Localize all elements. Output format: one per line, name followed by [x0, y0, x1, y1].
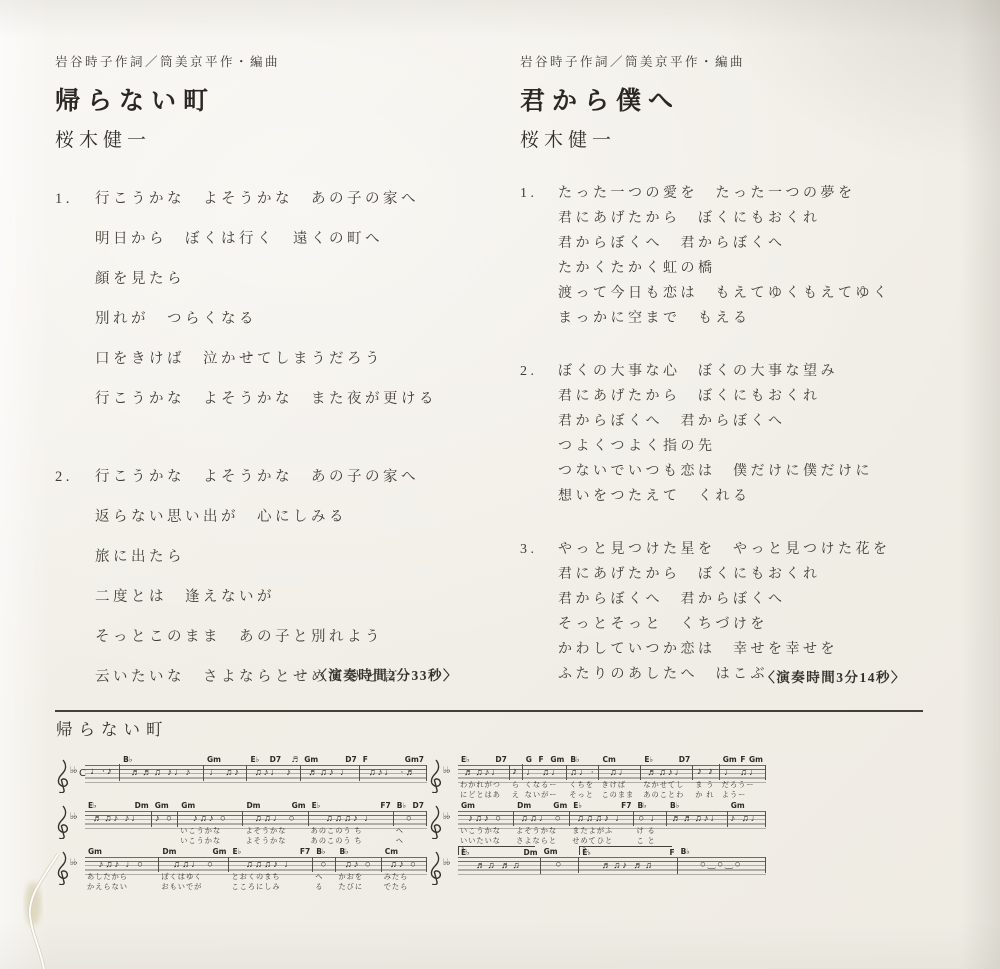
- chord-label: Gm7: [405, 754, 424, 765]
- chord-label: Gm: [292, 800, 306, 811]
- chord-label: Dm: [135, 800, 149, 811]
- verse-number: [55, 299, 95, 339]
- chord-label: B♭: [570, 754, 579, 765]
- measure: B♭♬♬♫ ♪♩♪: [120, 754, 204, 800]
- verse-text: 君からぼくへ 君からぼくへ: [558, 409, 786, 434]
- chord-row: B♭: [336, 846, 381, 857]
- measure: B♭○へる: [313, 846, 336, 892]
- treble-clef-icon: [55, 805, 71, 839]
- verse-text: たかくたかく虹の橋: [558, 256, 716, 281]
- volta-bracket: 1.: [458, 846, 535, 855]
- chord-label: Gm: [207, 754, 221, 765]
- lyrics-row-1: [301, 782, 360, 790]
- notes-row: ♫♫♩ ○: [243, 811, 308, 826]
- verse-text: 二度とは 逢えないが: [95, 577, 275, 617]
- notes-row: ♪ ♫♩: [728, 811, 766, 827]
- treble-clef-icon: [55, 759, 71, 793]
- notes-row: ♫♫♩ ○: [159, 857, 229, 872]
- verse-number: [55, 219, 95, 259]
- notes-row: ○: [394, 811, 427, 826]
- chord-row: B♭: [634, 800, 667, 811]
- verse-text: 返らない思い出が 心にしみる: [95, 497, 347, 537]
- verse-number: [520, 637, 558, 662]
- lyrics-row-2: [579, 884, 677, 892]
- verse-line: つよくつよく指の先: [520, 434, 920, 459]
- chord-label: Gm: [731, 800, 745, 811]
- staff-line: ♭♭C♩·♪B♭♬♬♫ ♪♩♪Gm♩ ♫♪E♭D7♬♫♪♩ ♪GmD7♬♫♪ ♩…: [55, 754, 427, 800]
- notes-row: ♫♪♩ ·♬: [360, 765, 427, 781]
- measure: DmGm♫♫♩ ○よそうかなさよならと: [514, 800, 570, 846]
- chord-row: GFGm: [523, 754, 568, 765]
- lyrics-row-1: あのこのう ち: [309, 827, 394, 836]
- verse-text: つよくつよく指の先: [558, 434, 716, 459]
- verse-number: [55, 577, 95, 617]
- lyrics-row-1: ら: [510, 781, 523, 790]
- lyrics-row-1: [667, 828, 728, 836]
- lyrics-row-1: いこうかな: [458, 827, 514, 836]
- staff-head: ♭♭: [428, 846, 458, 892]
- chord-label: Gm: [461, 800, 475, 811]
- notes-row: ♪ ♪: [693, 764, 720, 780]
- notes-row: ○ ♩: [634, 811, 667, 826]
- notes-row: ♫♩·: [567, 765, 599, 780]
- notes-row: ♫♪ ○: [382, 857, 427, 872]
- lyrics-row-2: ようー: [720, 791, 766, 800]
- measure: B♭D7○へへ: [394, 800, 427, 846]
- lyrics-row-2: こころにしみ: [229, 883, 313, 892]
- lyrics-row-2: こ と: [634, 837, 667, 846]
- lyrics-row-2: [458, 884, 541, 892]
- measure: FGm7♫♪♩ ·♬: [360, 754, 427, 800]
- verse-number: [520, 409, 558, 434]
- lyrics-row-1: [120, 782, 204, 790]
- chord-label: G: [526, 754, 532, 765]
- lyrics-row-1: よそうかな: [514, 827, 570, 836]
- lyrics-row-2: いいたいな: [458, 837, 514, 846]
- notes-row: ♬♫♪♩: [641, 765, 693, 780]
- verse-line: そっとそっと くちづけを: [520, 612, 920, 637]
- verse-line: 君からぼくへ 君からぼくへ: [520, 409, 920, 434]
- lyrics-row-1: [678, 874, 766, 882]
- lyrics-row-2: そっと: [567, 791, 599, 800]
- volta-bracket: 2.: [579, 846, 671, 855]
- chord-label: F7: [380, 800, 390, 811]
- chord-row: FGm7: [360, 754, 427, 765]
- staff-head: ♭♭: [55, 846, 85, 892]
- chord-label: Gm: [544, 846, 558, 857]
- verse-number: [520, 587, 558, 612]
- verse: 2.ぼくの大事な心 ぼくの大事な望み君にあげたから ぼくにもおくれ君からぼくへ …: [520, 359, 920, 509]
- lyrics-row-2: さよならと: [514, 837, 570, 846]
- notes-row: ♪♫♪ ○: [458, 811, 514, 826]
- notes-row: ○‿○‿○: [678, 857, 766, 873]
- chord-row: B♭D7: [394, 800, 427, 811]
- verse-number: [520, 231, 558, 256]
- verse-line: 渡って今日も恋は もえてゆくもえてゆく: [520, 281, 920, 306]
- measure: GFGm♩ ♫♩くなるーないがー: [523, 754, 568, 800]
- chord-label: B♭: [670, 800, 679, 811]
- measure: Gm♪♫♪ ○いこうかないこうかな: [178, 800, 243, 846]
- verse-number: 1.: [55, 179, 95, 219]
- notes-row: ♪♫♪ ○: [178, 811, 243, 826]
- verse-text: 明日から ぼくは行く 遠くの町へ: [95, 219, 383, 259]
- chord-row: Gm: [85, 846, 159, 857]
- chord-label: Gm: [155, 800, 169, 811]
- chord-row: E♭D7♬: [247, 754, 301, 765]
- notes-row: ♫♫♫♪ ♩: [229, 857, 313, 872]
- lyrics-row-2: [678, 884, 766, 892]
- lyrics-row-1: とおくのまち: [229, 873, 313, 882]
- notes-row: ♬♬♫ ♪♩♪: [120, 765, 204, 781]
- staff-body: Gm♪♫♪ ♩○あしたからかえらないDmGm♫♫♩ ○ぼくはゆくおもいでがE♭F…: [85, 846, 427, 892]
- lyrics-row-2: [85, 838, 152, 846]
- verse: 2.行こうかな よそうかな あの子の家へ返らない思い出が 心にしみる旅に出たら二…: [55, 457, 467, 697]
- notes-row: ♫♪♩ ♪: [247, 765, 301, 781]
- staff-body: E♭Dm♬♫♪ ♪♩Gm♪ ○Gm♪♫♪ ○いこうかないこうかなDmGm♫♫♩ …: [85, 800, 427, 846]
- chord-label: B♭: [397, 800, 406, 811]
- chord-label: Cm: [385, 846, 398, 857]
- verse-text: 口をきけば 泣かせてしまうだろう: [95, 339, 383, 379]
- staff-head: ♭♭: [55, 800, 85, 846]
- key-signature: ♭♭: [443, 766, 450, 776]
- lyrics-row-2: [360, 792, 427, 800]
- lyrics-row-2: よそうかな: [243, 837, 308, 846]
- measure: Gm♪ ○: [152, 800, 179, 846]
- lyrics-row-2: あのことわ: [641, 791, 693, 800]
- verse-text: たった一つの愛を たった一つの夢を: [558, 181, 856, 206]
- verse-number: [55, 497, 95, 537]
- verse-number: [520, 484, 558, 509]
- lyrics-row-2: ないがー: [523, 791, 568, 800]
- verse-line: 二度とは 逢えないが: [55, 577, 467, 617]
- measure: Gm♩ ♫♪: [204, 754, 247, 800]
- scanned-lyric-sheet: 岩谷時子作詞／筒美京平作・編曲 帰らない町 桜木健一 1.行こうかな よそうかな…: [0, 0, 1000, 969]
- verse-number: 1.: [520, 181, 558, 206]
- measure: B♭○‿○‿○: [678, 846, 766, 892]
- treble-clef-icon: [428, 805, 444, 839]
- key-signature: ♭♭: [443, 858, 450, 868]
- verse-line: 想いをつたえて くれる: [520, 484, 920, 509]
- lyrics-row-2: でたら: [382, 883, 427, 892]
- verse-line: 返らない思い出が 心にしみる: [55, 497, 467, 537]
- measure: 1.E♭Dm♬♫ ♬♫: [458, 846, 541, 892]
- chord-label: Gm: [723, 754, 737, 765]
- measure: B♭○ ♩け るこ と: [634, 800, 667, 846]
- verse-line: たかくたかく虹の橋: [520, 256, 920, 281]
- lyrics-row-1: あしたから: [85, 873, 159, 882]
- song-left-kaeranai-machi: 岩谷時子作詞／筒美京平作・編曲 帰らない町 桜木健一 1.行こうかな よそうかな…: [55, 52, 467, 697]
- lyrics-row-2: いこうかな: [178, 837, 243, 846]
- song-title: 帰らない町: [55, 81, 467, 117]
- lyrics-row-2: にどとはあ: [458, 791, 510, 800]
- lyrics-row-1: [728, 828, 766, 836]
- staff-head: ♭♭: [428, 800, 458, 846]
- chord-row: E♭F7: [309, 800, 394, 811]
- verse-text: 顔を見たら: [95, 259, 185, 299]
- chord-label: B♭: [637, 800, 646, 811]
- staff-body: Gm♪♫♪ ○いこうかないいたいなDmGm♫♫♩ ○よそうかなさよならとE♭F7…: [458, 800, 766, 846]
- score-column-right: ♭♭E♭D7♬♫♪♩わかれがつにどとはあ♪らえGFGm♩ ♫♩くなるーないがーB…: [428, 754, 766, 892]
- staff-line: ♭♭E♭Dm♬♫♪ ♪♩Gm♪ ○Gm♪♫♪ ○いこうかないこうかなDmGm♫♫…: [55, 800, 427, 846]
- chord-row: Cm: [599, 754, 641, 765]
- lyrics-row-1: きけば: [599, 781, 641, 790]
- lyrics-row-2: る: [313, 883, 336, 892]
- performance-time-right: 〈演奏時間3分14秒〉: [718, 666, 906, 686]
- chord-label: B♭: [316, 846, 325, 857]
- staff-body: E♭D7♬♫♪♩わかれがつにどとはあ♪らえGFGm♩ ♫♩くなるーないがーB♭♫…: [458, 754, 766, 800]
- verse-text: 君からぼくへ 君からぼくへ: [558, 587, 786, 612]
- lyrics-row-1: ま う: [693, 781, 720, 790]
- song-right-kimi-kara-boku-e: 岩谷時子作詞／筒美京平作・編曲 君から僕へ 桜木健一 1.たった一つの愛を たっ…: [520, 52, 920, 687]
- notes-row: ♫♫♩ ○: [514, 811, 570, 826]
- measure: DmGm♫♫♩ ○よそうかなよそうかな: [243, 800, 308, 846]
- verse-number: [55, 617, 95, 657]
- credit-line: 岩谷時子作詞／筒美京平作・編曲: [55, 52, 467, 70]
- verse-number: 2.: [55, 457, 95, 497]
- measure: E♭F7♫♫♫♪ ♩またよがふせめてひと: [570, 800, 634, 846]
- song-title: 君から僕へ: [520, 81, 920, 117]
- verse-line: 3.やっと見つけた星を やっと見つけた花を: [520, 537, 920, 562]
- measure: Gm♪ ♫♩: [728, 800, 766, 846]
- notes-row: ♪♫♪ ♩○: [85, 857, 159, 872]
- chord-row: Cm: [382, 846, 427, 857]
- verse: 3.やっと見つけた星を やっと見つけた花を君にあげたから ぼくにもおくれ君からぼ…: [520, 537, 920, 687]
- chord-label: D7: [495, 754, 506, 765]
- verse-text: 行こうかな よそうかな あの子の家へ: [95, 457, 419, 497]
- measure: B♭♫♩·くちをそっと: [567, 754, 599, 800]
- measure: B♭♫♪ ○かおをたびに: [336, 846, 381, 892]
- verse-line: かわしていつか恋は 幸せを幸せを: [520, 637, 920, 662]
- lyrics-row-1: へ: [394, 827, 427, 836]
- chord-row: Gm: [458, 800, 514, 811]
- lyrics-row-1: わかれがつ: [458, 781, 510, 790]
- chord-label: B♭: [123, 754, 132, 765]
- measure: GmFGm♩ ♫♩だろうーようー: [720, 754, 766, 800]
- chord-row: Gm: [178, 800, 243, 811]
- verse-number: [520, 562, 558, 587]
- chord-row: E♭F7: [570, 800, 634, 811]
- notes-row: ♫♪ ○: [336, 857, 381, 872]
- lyrics-row-1: かおを: [336, 873, 381, 882]
- lyrics-row-1: [247, 782, 301, 790]
- verse-line: 2.行こうかな よそうかな あの子の家へ: [55, 457, 467, 497]
- chord-label: E♭: [573, 800, 582, 811]
- measure: ♪ ♪ま うか れ: [693, 754, 720, 800]
- chord-row: [85, 754, 120, 764]
- notes-row: ♫♫♫♪ ♩: [570, 811, 634, 826]
- chord-row: Gm: [728, 800, 766, 811]
- measure: E♭Dm♬♫♪ ♪♩: [85, 800, 152, 846]
- chord-row: B♭: [567, 754, 599, 765]
- lyrics-row-1: くちを: [567, 781, 599, 790]
- chord-row: B♭: [120, 754, 204, 765]
- chord-label: Gm: [550, 754, 564, 765]
- chord-row: [693, 754, 720, 764]
- section-divider: [55, 710, 923, 712]
- chord-row: B♭: [313, 846, 336, 857]
- verse: 1.たった一つの愛を たった一つの夢を君にあげたから ぼくにもおくれ君からぼくへ…: [520, 181, 920, 331]
- lyrics-row-1: なかせてし: [641, 781, 693, 790]
- lyrics-row-2: かえらない: [85, 883, 159, 892]
- verse-text: そっとこのまま あの子と別れよう: [95, 617, 383, 657]
- chord-row: DmGm: [243, 800, 308, 811]
- staff-line: ♭♭1.E♭Dm♬♫ ♬♫Gm○2.E♭F♬♫♪ ♬♫B♭○‿○‿○: [428, 846, 766, 892]
- chord-label: E♭: [644, 754, 653, 765]
- chord-label: F: [740, 754, 745, 765]
- measure: Gm○: [541, 846, 580, 892]
- verse-number: [520, 306, 558, 331]
- measure: 2.E♭F♬♫♪ ♬♫: [579, 846, 677, 892]
- chord-label: E♭: [88, 800, 97, 811]
- treble-clef-icon: [428, 759, 444, 793]
- lyrics-row-1: ぼくはゆく: [159, 873, 229, 882]
- treble-clef-icon: [428, 851, 444, 885]
- chord-label: Dm: [517, 800, 531, 811]
- verse-number: [55, 379, 95, 419]
- score-title: 帰らない町: [56, 716, 169, 740]
- lyrics-row-2: [728, 838, 766, 846]
- verse-number: [520, 459, 558, 484]
- verse-line: 明日から ぼくは行く 遠くの町へ: [55, 219, 467, 259]
- verse-line: 1.行こうかな よそうかな あの子の家へ: [55, 179, 467, 219]
- staff-body: ♩·♪B♭♬♬♫ ♪♩♪Gm♩ ♫♪E♭D7♬♫♪♩ ♪GmD7♬♫♪ ♩FGm…: [85, 754, 427, 800]
- chord-label: E♭: [250, 754, 259, 765]
- verse-line: まっかに空まで もえる: [520, 306, 920, 331]
- chord-row: E♭Dm: [85, 800, 152, 811]
- measure: Gm♪♫♪ ○いこうかないいたいな: [458, 800, 514, 846]
- verse-text: かわしていつか恋は 幸せを幸せを: [558, 637, 838, 662]
- chord-label: Gm: [213, 846, 227, 857]
- notes-row: ♪: [510, 764, 523, 780]
- notes-row: ♬♫♪ ♪♩: [85, 811, 152, 827]
- verse-text: 行こうかな よそうかな また夜が更ける: [95, 379, 437, 419]
- verses: 1.行こうかな よそうかな あの子の家へ明日から ぼくは行く 遠くの町へ顔を見た…: [55, 179, 467, 697]
- lyrics-row-2: へ: [394, 837, 427, 846]
- verse-number: [520, 662, 558, 687]
- notes-row: ○: [313, 857, 336, 872]
- chord-row: DmGm: [514, 800, 570, 811]
- staff-line: ♭♭Gm♪♫♪ ○いこうかないいたいなDmGm♫♫♩ ○よそうかなさよならとE♭…: [428, 800, 766, 846]
- measure: Cm♫♪ ○みたらでたら: [382, 846, 427, 892]
- chord-label: B♭: [339, 846, 348, 857]
- lyrics-row-1: け る: [634, 827, 667, 836]
- chord-row: DmGm: [159, 846, 229, 857]
- verse-text: 想いをつたえて くれる: [558, 484, 751, 509]
- chord-row: E♭D7: [641, 754, 693, 765]
- lyrics-row-1: [152, 828, 179, 836]
- verse-text: 旅に出たら: [95, 537, 185, 577]
- verse-number: [520, 206, 558, 231]
- lyrics-row-1: [541, 874, 580, 882]
- treble-clef-icon: [55, 851, 71, 885]
- measure: E♭F7♫♫♫♪ ♩とおくのまちこころにしみ: [229, 846, 313, 892]
- verse-number: [520, 256, 558, 281]
- lyrics-row-1: [85, 828, 152, 836]
- notes-row: ♩ ♫♪: [204, 765, 247, 781]
- verse-line: 君からぼくへ 君からぼくへ: [520, 231, 920, 256]
- verse-line: 君にあげたから ぼくにもおくれ: [520, 384, 920, 409]
- lyrics-row-2: え: [510, 791, 523, 800]
- chord-label: B♭: [681, 846, 690, 857]
- verse-line: 君からぼくへ 君からぼくへ: [520, 587, 920, 612]
- lyrics-row-1: だろうー: [720, 781, 766, 790]
- verse-number: [520, 612, 558, 637]
- chord-row: GmD7: [301, 754, 360, 765]
- verse-number: [520, 281, 558, 306]
- verse-line: つないでいつも恋は 僕だけに僕だけに: [520, 459, 920, 484]
- verse-number: [55, 339, 95, 379]
- notes-row: ♬♫♪ ♩: [301, 765, 360, 781]
- lyrics-row-1: [458, 875, 541, 883]
- lyrics-row-2: [667, 838, 728, 846]
- key-signature: ♭♭: [70, 858, 77, 868]
- verse-line: そっとこのまま あの子と別れよう: [55, 617, 467, 657]
- notes-row: ♩·♪: [85, 764, 120, 781]
- verse-number: 3.: [520, 537, 558, 562]
- chord-row: Gm: [152, 800, 179, 811]
- lyrics-row-1: [85, 782, 120, 791]
- verse-line: 顔を見たら: [55, 259, 467, 299]
- measure: Gm♪♫♪ ♩○あしたからかえらない: [85, 846, 159, 892]
- notes-row: ♪ ○: [152, 811, 179, 827]
- verse-line: 君にあげたから ぼくにもおくれ: [520, 206, 920, 231]
- chord-label: ♬: [292, 754, 299, 765]
- verse-line: 1.たった一つの愛を たった一つの夢を: [520, 181, 920, 206]
- chord-label: F: [363, 754, 368, 765]
- measure: E♭D7♬♫♪♩なかせてしあのことわ: [641, 754, 693, 800]
- chord-label: E♭: [232, 846, 241, 857]
- chord-label: D7: [345, 754, 356, 765]
- notes-row: ♩ ♫♩: [523, 765, 568, 780]
- notes-row: ○: [541, 857, 580, 873]
- measure: Cm♫♩きけばこのまま: [599, 754, 641, 800]
- notes-row: ♬♫♪♩: [458, 765, 510, 780]
- verse-text: つないでいつも恋は 僕だけに僕だけに: [558, 459, 873, 484]
- measure: ♪らえ: [510, 754, 523, 800]
- lyrics-row-1: へ: [313, 873, 336, 882]
- chord-label: Dm: [162, 846, 176, 857]
- chord-label: E♭: [461, 754, 470, 765]
- verse-text: ぼくの大事な心 ぼくの大事な望み: [558, 359, 838, 384]
- verse-line: 君にあげたから ぼくにもおくれ: [520, 562, 920, 587]
- chord-row: E♭F7: [229, 846, 313, 857]
- performance-time-left: 〈演奏時間2分33秒〉: [255, 664, 458, 684]
- lyrics-row-2: [120, 792, 204, 800]
- notes-row: ♬♬♫♪♩: [667, 811, 728, 827]
- lyrics-row-1: いこうかな: [178, 827, 243, 836]
- score-column-left: ♭♭C♩·♪B♭♬♬♫ ♪♩♪Gm♩ ♫♪E♭D7♬♫♪♩ ♪GmD7♬♫♪ ♩…: [55, 754, 427, 892]
- staff-line: ♭♭Gm♪♫♪ ♩○あしたからかえらないDmGm♫♫♩ ○ぼくはゆくおもいでがE…: [55, 846, 427, 892]
- chord-row: E♭D7: [458, 754, 510, 765]
- chord-row: [510, 754, 523, 764]
- key-signature: ♭♭: [443, 812, 450, 822]
- measure: E♭D7♬♫♪♩ ♪: [247, 754, 301, 800]
- lyrics-row-2: [541, 884, 580, 892]
- notes-row: ♩ ♫♩: [720, 765, 766, 780]
- verse-number: [520, 434, 558, 459]
- chord-label: D7: [413, 800, 424, 811]
- lyrics-row-2: [301, 792, 360, 800]
- chord-row: B♭: [678, 846, 766, 857]
- staff-line: ♭♭E♭D7♬♫♪♩わかれがつにどとはあ♪らえGFGm♩ ♫♩くなるーないがーB…: [428, 754, 766, 800]
- notes-row: ♫♫♫♪ ♩: [309, 811, 394, 826]
- chord-label: Gm: [181, 800, 195, 811]
- chord-row: Gm: [541, 846, 580, 857]
- chord-label: Dm: [246, 800, 260, 811]
- key-signature: ♭♭: [70, 812, 77, 822]
- notes-row: ♬♫♪ ♬♫: [579, 858, 677, 874]
- chord-label: D7: [270, 754, 281, 765]
